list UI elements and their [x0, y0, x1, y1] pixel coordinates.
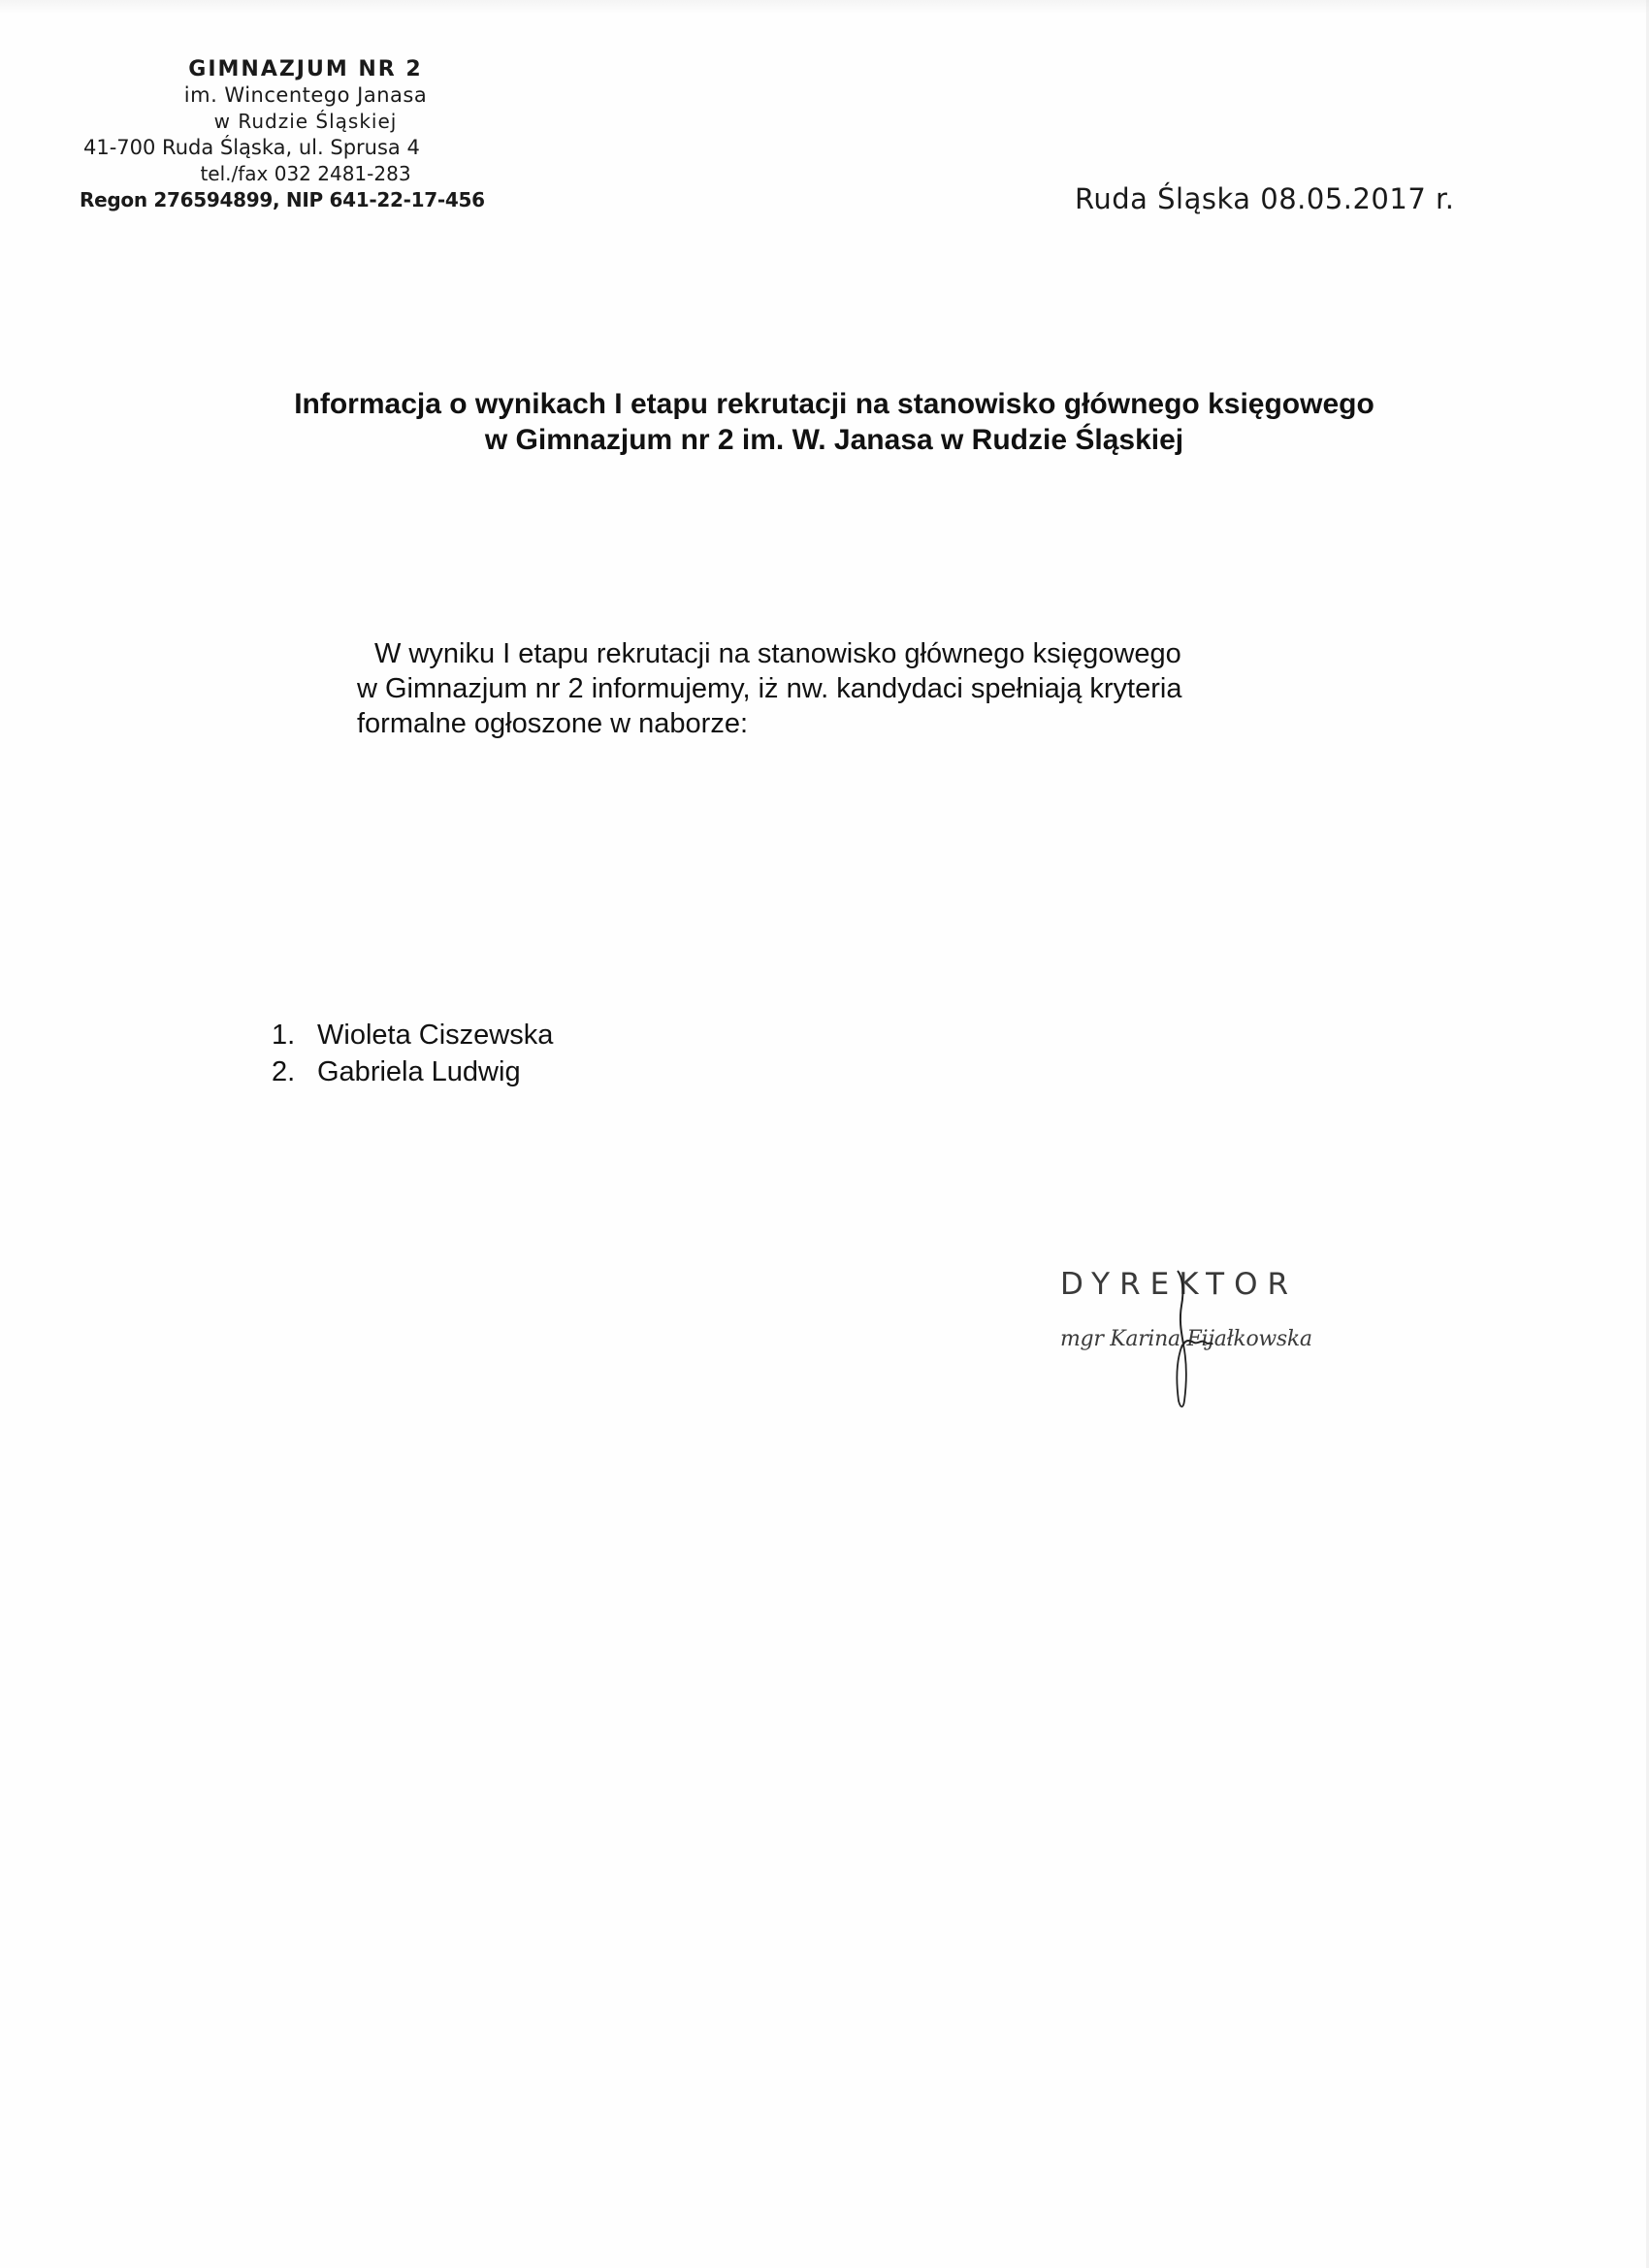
- body-line-1: W wyniku I etapu rekrutacji na stanowisk…: [357, 636, 1181, 671]
- stamp-patron: im. Wincentego Janasa: [78, 82, 533, 109]
- list-item: 2. Gabriela Ludwig: [272, 1053, 553, 1090]
- scan-artifact: [0, 0, 1649, 14]
- candidate-name: Wioleta Ciszewska: [317, 1017, 553, 1053]
- list-item-number: 1.: [272, 1017, 317, 1053]
- body-line-3: formalne ogłoszone w naborze:: [357, 706, 1181, 741]
- list-item: 1. Wioleta Ciszewska: [272, 1017, 553, 1053]
- document-title: Informacja o wynikach I etapu rekrutacji…: [194, 386, 1474, 458]
- document-page: GIMNAZJUM NR 2 im. Wincentego Janasa w R…: [0, 0, 1649, 2268]
- stamp-city: w Rudzie Śląskiej: [78, 109, 533, 135]
- body-paragraph: W wyniku I etapu rekrutacji na stanowisk…: [357, 636, 1181, 741]
- title-line-2: w Gimnazjum nr 2 im. W. Janasa w Rudzie …: [194, 422, 1474, 458]
- stamp-phone: tel./fax 032 2481-283: [78, 161, 533, 187]
- school-stamp: GIMNAZJUM NR 2 im. Wincentego Janasa w R…: [78, 56, 533, 213]
- candidate-list: 1. Wioleta Ciszewska 2. Gabriela Ludwig: [272, 1017, 553, 1090]
- director-signature-block: DYREKTOR mgr Karina Fijałkowska: [1060, 1267, 1351, 1403]
- place-and-date: Ruda Śląska 08.05.2017 r.: [1075, 182, 1454, 215]
- candidate-name: Gabriela Ludwig: [317, 1053, 521, 1090]
- stamp-regon-nip: Regon 276594899, NIP 641-22-17-456: [78, 187, 533, 213]
- body-line-2: w Gimnazjum nr 2 informujemy, iż nw. kan…: [357, 671, 1181, 706]
- list-item-number: 2.: [272, 1053, 317, 1090]
- stamp-school-name: GIMNAZJUM NR 2: [78, 56, 533, 82]
- handwritten-signature-icon: [1060, 1267, 1351, 1412]
- stamp-address: 41-700 Ruda Śląska, ul. Sprusa 4: [78, 135, 533, 161]
- title-line-1: Informacja o wynikach I etapu rekrutacji…: [194, 386, 1474, 422]
